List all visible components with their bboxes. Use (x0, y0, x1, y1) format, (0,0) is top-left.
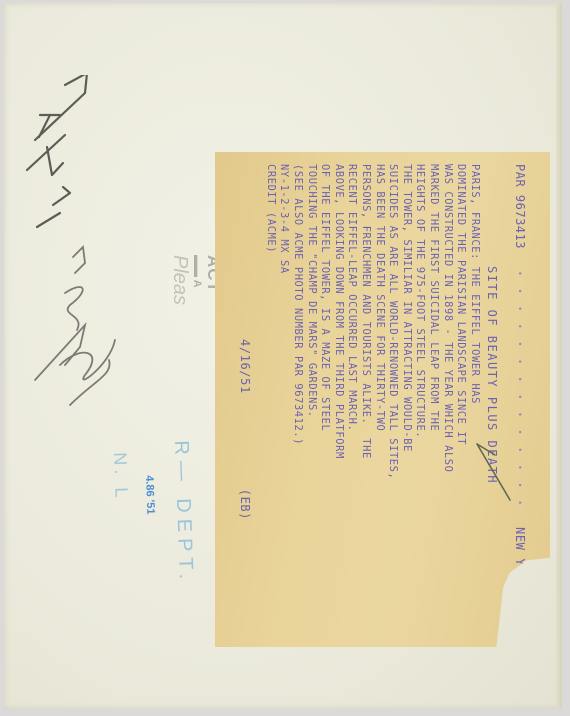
caption-line: TOUCHING THE "CHAMP DE MARS" GARDENS. (304, 164, 318, 647)
photo-edge (556, 3, 562, 709)
caption-line: NY-1-2-3-4 MX SA (277, 164, 291, 647)
caption-slip: PAR 9673413 • • • • • • • • • • • • • • … (215, 152, 550, 647)
caption-line: WAS CONSTRUCTED IN 1898 - THE YEAR WHICH… (440, 164, 454, 647)
caption-line: THE TOWER, SIMILIAR IN ATTRACTING WOULD-… (399, 164, 413, 647)
caption-footer: 4/16/51 (EB) (238, 164, 252, 647)
caption-initials: (EB) (238, 489, 252, 520)
caption-line: ABOVE, LOOKING DOWN FROM THE THIRD PLATF… (331, 164, 345, 647)
caption-line: (SEE ALSO ACME PHOTO NUMBER PAR 9673412.… (291, 164, 305, 647)
pencil-check-icon (455, 440, 515, 510)
caption-line: DOMINATED THE PARISIAN LANDSCAPE SINCE I… (454, 164, 468, 647)
stamp-line-3: Pleas (168, 255, 191, 305)
caption-date: 4/16/51 (238, 339, 252, 394)
caption-text-block: PAR 9673413 • • • • • • • • • • • • • • … (215, 152, 550, 647)
blue-date-stamp: 4.86 '51 (143, 475, 156, 515)
blue-side-stamp: N. L (109, 452, 132, 502)
caption-line: HAS BEEN THE DEATH SCENE FOR THIRTY-TWO (372, 164, 386, 647)
caption-line: PARIS, FRANCE: THE EIFFEL TOWER HAS (467, 164, 481, 647)
caption-body: PARIS, FRANCE: THE EIFFEL TOWER HAS DOMI… (263, 164, 481, 647)
caption-line: RECENT EIFFEL-LEAP OCCURRED LAST MARCH. (345, 164, 359, 647)
caption-line: PERSONS, FRENCHMEN AND TOURISTS ALIKE. T… (358, 164, 372, 647)
caption-line: OF THE EIFFEL TOWER, IS A MAZE OF STEEL (318, 164, 332, 647)
caption-line: SUICIDES AS ARE ALL WORLD-RENOWNED TALL … (386, 164, 400, 647)
caption-line: HEIGHTS OF THE 975-FOOT STEEL STRUCTURE. (413, 164, 427, 647)
caption-line: MARKED THE FIRST SUICIDAL LEAP FROM THE (426, 164, 440, 647)
caption-line: CREDIT (ACME) (263, 164, 277, 647)
pencil-scribble-icon (25, 75, 125, 415)
photo-number: PAR 9673413 (512, 164, 526, 249)
pencil-notation: A447 (25, 75, 125, 415)
stamp-line-2: ▬▬ A (191, 255, 203, 305)
